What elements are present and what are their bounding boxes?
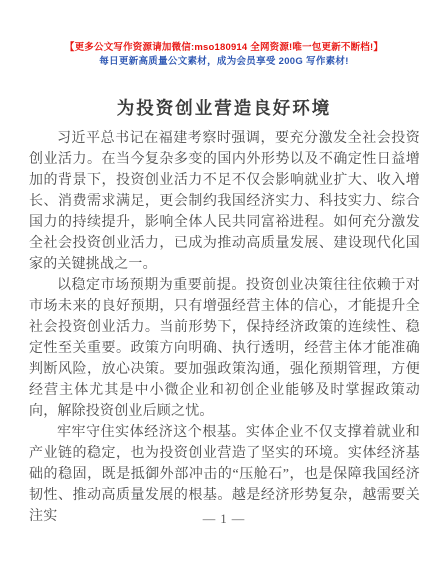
promo-header: 【更多公文写作资源请加微信:mso180914 全网资源!唯一包更新不断档!】 … bbox=[0, 41, 448, 68]
document-title: 为投资创业营造良好环境 bbox=[0, 95, 448, 120]
paragraph-2: 以稳定市场预期为重要前提。投资创业决策往往依赖于对市场未来的良好预期，只有增强经… bbox=[29, 275, 420, 422]
document-page: 【更多公文写作资源请加微信:mso180914 全网资源!唯一包更新不断档!】 … bbox=[0, 0, 448, 580]
document-body: 习近平总书记在福建考察时强调，要充分激发全社会投资创业活力。在当今复杂多变的国内… bbox=[29, 128, 420, 527]
promo-line-2: 每日更新高质量公文素材，成为会员享受 200G 写作素材! bbox=[0, 55, 448, 68]
paragraph-1: 习近平总书记在福建考察时强调，要充分激发全社会投资创业活力。在当今复杂多变的国内… bbox=[29, 128, 420, 275]
promo-line-1: 【更多公文写作资源请加微信:mso180914 全网资源!唯一包更新不断档!】 bbox=[0, 41, 448, 54]
page-number: — 1 — bbox=[0, 512, 448, 527]
